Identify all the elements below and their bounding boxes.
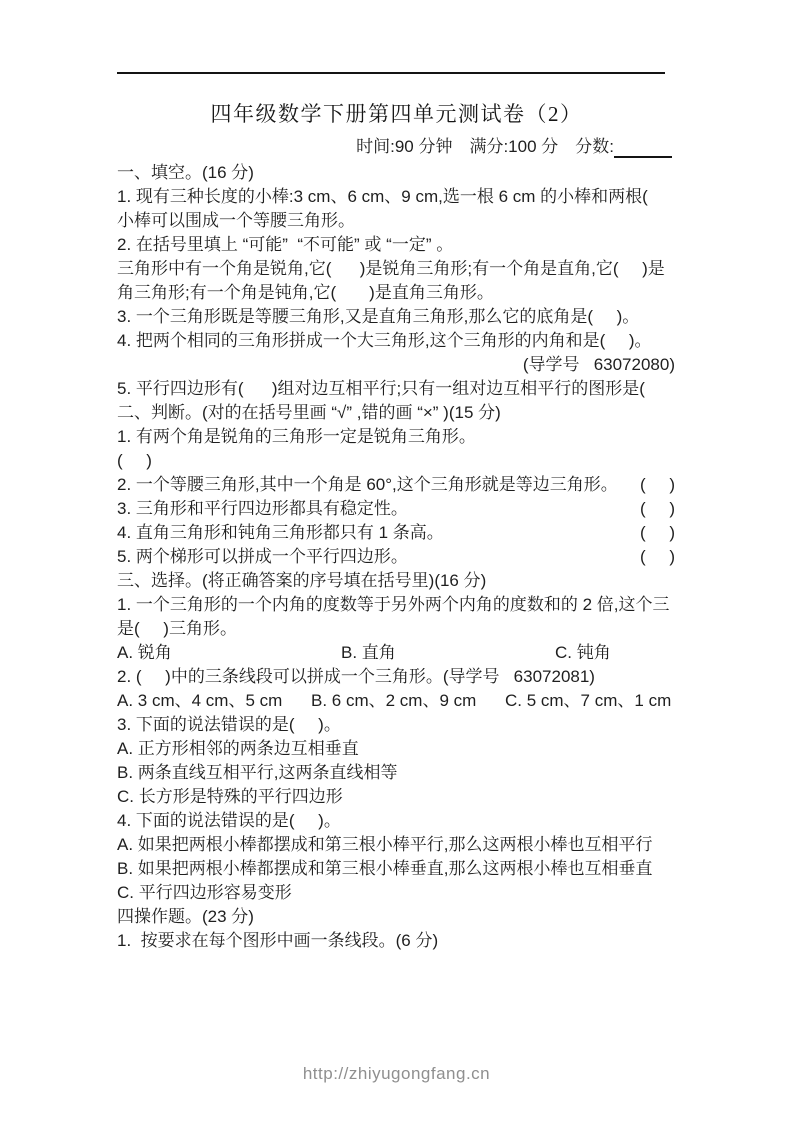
s1-q2-line1: 2. 在括号里填上 “可能” “不可能” 或 “一定” 。	[117, 233, 675, 257]
s4-q1: 1. 按要求在每个图形中画一条线段。(6 分)	[117, 929, 675, 953]
s2-q4-row: 4. 直角三角形和钝角三角形都只有 1 条高。 ( )	[117, 521, 675, 545]
s1-q2-line3: 角三角形;有一个角是钝角,它( )是直角三角形。	[117, 281, 675, 305]
section-1-heading: 一、填空。(16 分)	[117, 161, 675, 185]
exam-full-score: 满分:100 分	[469, 136, 558, 158]
top-divider	[117, 72, 665, 74]
footer-url: http://zhiyugongfang.cn	[0, 1064, 793, 1084]
s3-q4-option-a: A. 如果把两根小棒都摆成和第三根小棒平行,那么这两根小棒也互相平行	[117, 833, 675, 857]
s3-q2-option-a: A. 3 cm、4 cm、5 cm	[117, 689, 311, 713]
s1-q5: 5. 平行四边形有( )组对边互相平行;只有一组对边互相平行的图形是( )。	[117, 377, 675, 401]
s3-q2-option-c: C. 5 cm、7 cm、1 cm	[505, 689, 671, 713]
s3-q2-option-b: B. 6 cm、2 cm、9 cm	[311, 689, 505, 713]
s3-q2: 2. ( )中的三条线段可以拼成一个三角形。(导学号 63072081)	[117, 665, 675, 689]
section-4-heading: 四操作题。(23 分)	[117, 905, 675, 929]
page-title: 四年级数学下册第四单元测试卷（2）	[0, 101, 793, 127]
s1-q4-ref-number: (导学号 63072080)	[117, 353, 675, 377]
s3-q2-options-row: A. 3 cm、4 cm、5 cm B. 6 cm、2 cm、9 cm C. 5…	[117, 689, 675, 713]
s2-q1-answer-paren: ( )	[117, 449, 675, 473]
s2-q5-answer-paren: ( )	[640, 545, 675, 569]
exam-info-row: 时间:90 分钟 满分:100 分 分数:	[0, 136, 793, 158]
s2-q4-text: 4. 直角三角形和钝角三角形都只有 1 条高。	[117, 521, 444, 545]
s2-q2-row: 2. 一个等腰三角形,其中一个角是 60°,这个三角形就是等边三角形。 ( )	[117, 473, 675, 497]
s3-q1-option-b: B. 直角	[341, 641, 555, 665]
section-3-heading: 三、选择。(将正确答案的序号填在括号里)(16 分)	[117, 569, 675, 593]
score-field: 分数:	[575, 136, 672, 158]
s3-q4-option-b: B. 如果把两根小棒都摆成和第三根小棒垂直,那么这两根小棒也互相垂直	[117, 857, 675, 881]
s1-q4: 4. 把两个相同的三角形拼成一个大三角形,这个三角形的内角和是( )。	[117, 329, 675, 353]
s3-q3-option-b: B. 两条直线互相平行,这两条直线相等	[117, 761, 675, 785]
s3-q1-option-c: C. 钝角	[555, 641, 611, 665]
s3-q1-line1: 1. 一个三角形的一个内角的度数等于另外两个内角的度数和的 2 倍,这个三角形	[117, 593, 675, 617]
s2-q2-answer-paren: ( )	[640, 473, 675, 497]
score-blank-line	[614, 137, 672, 158]
s1-q1-line1: 1. 现有三种长度的小棒:3 cm、6 cm、9 cm,选一根 6 cm 的小棒…	[117, 185, 675, 209]
s3-q3-option-c: C. 长方形是特殊的平行四边形	[117, 785, 675, 809]
s2-q3-row: 3. 三角形和平行四边形都具有稳定性。 ( )	[117, 497, 675, 521]
s2-q4-answer-paren: ( )	[640, 521, 675, 545]
s3-q1-option-a: A. 锐角	[117, 641, 341, 665]
test-paper-page: 四年级数学下册第四单元测试卷（2） 时间:90 分钟 满分:100 分 分数: …	[0, 0, 793, 1122]
s2-q3-answer-paren: ( )	[640, 497, 675, 521]
section-2-heading: 二、判断。(对的在括号里画 “√” ,错的画 “×” )(15 分)	[117, 401, 675, 425]
s3-q4: 4. 下面的说法错误的是( )。	[117, 809, 675, 833]
exam-time: 时间:90 分钟	[356, 136, 452, 158]
s1-q3: 3. 一个三角形既是等腰三角形,又是直角三角形,那么它的底角是( )。	[117, 305, 675, 329]
s1-q1-line2: 小棒可以围成一个等腰三角形。	[117, 209, 675, 233]
s3-q3: 3. 下面的说法错误的是( )。	[117, 713, 675, 737]
s2-q5-text: 5. 两个梯形可以拼成一个平行四边形。	[117, 545, 408, 569]
s2-q1: 1. 有两个角是锐角的三角形一定是锐角三角形。	[117, 425, 675, 449]
s2-q5-row: 5. 两个梯形可以拼成一个平行四边形。 ( )	[117, 545, 675, 569]
s3-q3-option-a: A. 正方形相邻的两条边互相垂直	[117, 737, 675, 761]
paper-body: 一、填空。(16 分) 1. 现有三种长度的小棒:3 cm、6 cm、9 cm,…	[0, 161, 793, 953]
s2-q2-text: 2. 一个等腰三角形,其中一个角是 60°,这个三角形就是等边三角形。	[117, 473, 618, 497]
score-label: 分数:	[575, 136, 614, 158]
s3-q1-line2: 是( )三角形。	[117, 617, 675, 641]
s3-q4-option-c: C. 平行四边形容易变形	[117, 881, 675, 905]
s3-q1-options-row: A. 锐角 B. 直角 C. 钝角	[117, 641, 675, 665]
s1-q2-line2: 三角形中有一个角是锐角,它( )是锐角三角形;有一个角是直角,它( )是直	[117, 257, 675, 281]
s2-q3-text: 3. 三角形和平行四边形都具有稳定性。	[117, 497, 408, 521]
